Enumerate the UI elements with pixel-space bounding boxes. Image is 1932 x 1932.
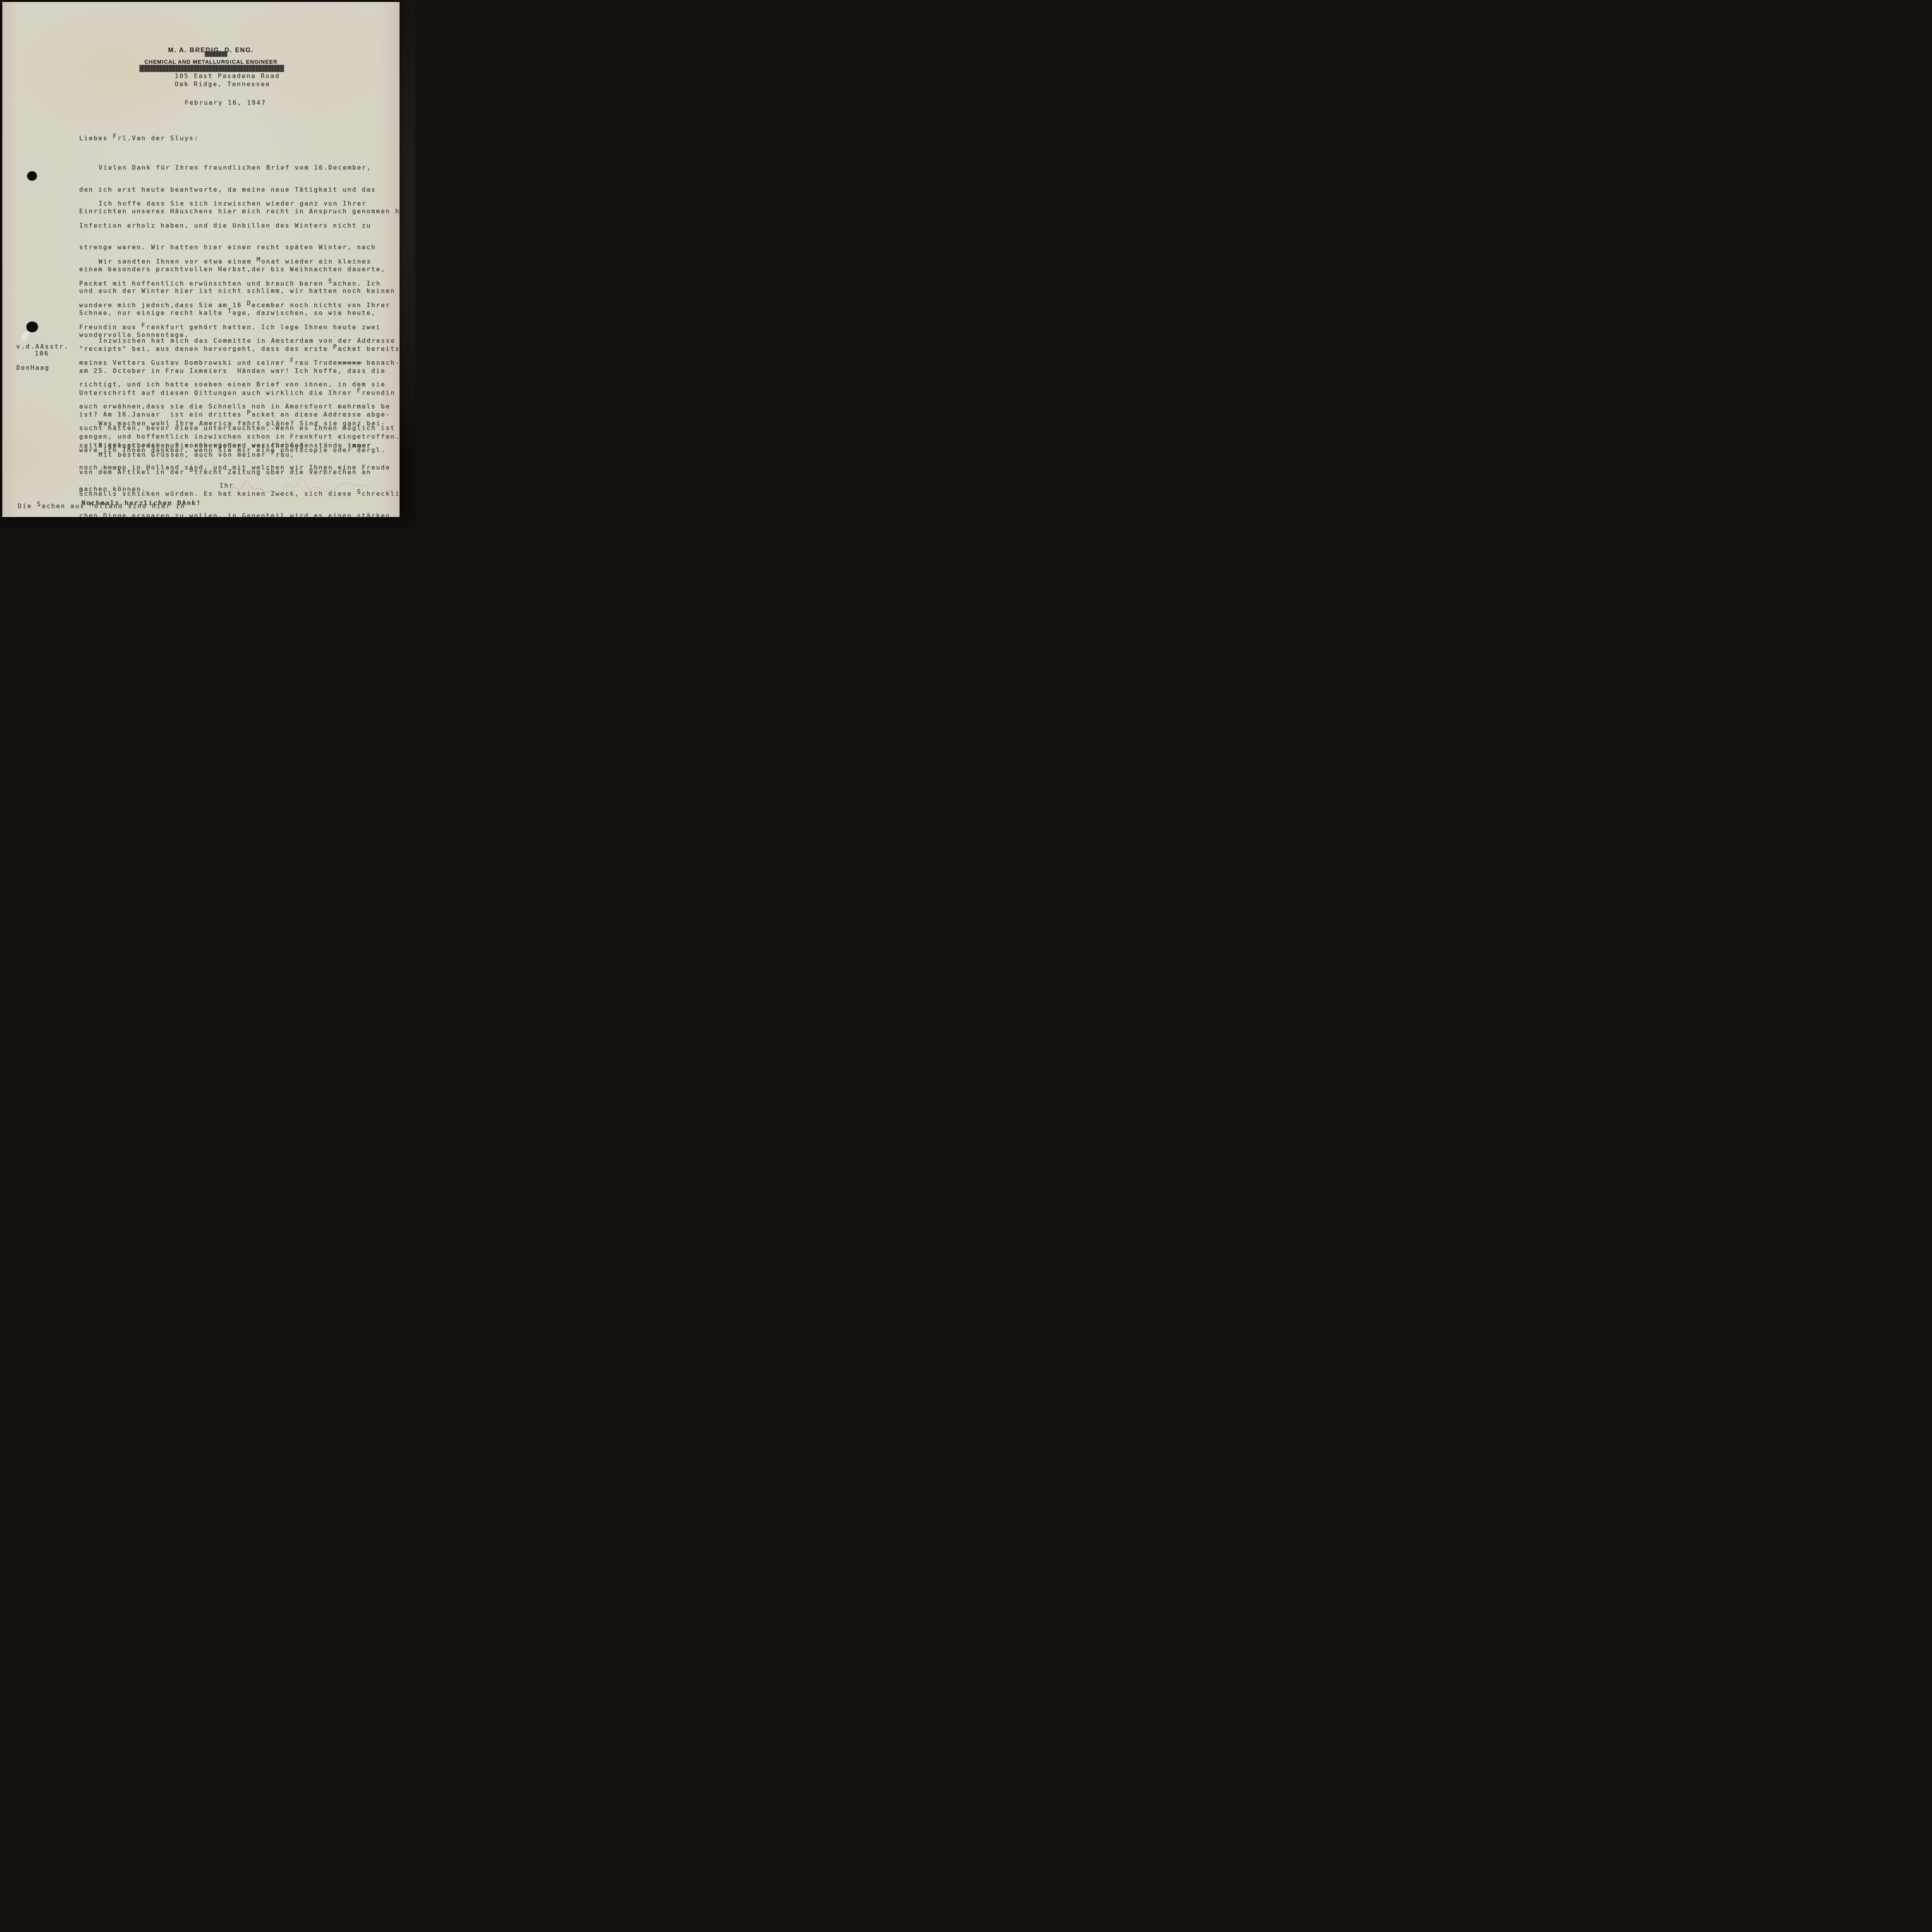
signature-handwriting (217, 465, 379, 509)
punch-hole (27, 171, 37, 181)
letter-line: Wir sandten Ihnen vor etwa einem Monat w… (79, 258, 400, 265)
margin-note-city: DenHaag (16, 364, 50, 371)
redaction-block (205, 51, 227, 57)
letter-line: wundere mich jedoch,dass Sie am 16 Decem… (79, 302, 400, 309)
letter-line: Infection erholz haben, und die Unbillen… (79, 222, 395, 230)
letter-line: meines Vetters Gustav Dombrowski und sei… (79, 359, 400, 367)
letter-line: Vielen Dank für Ihren freundlichen Brief… (79, 164, 400, 172)
letterhead-address-line2: Oak Ridge, Tennessee (175, 80, 270, 88)
paper-tear (20, 330, 30, 342)
letterhead-address-line1: 105 East Pasadena Road (175, 72, 280, 80)
valediction: Mit besten Grüssen, auch von meiner Frau… (99, 451, 295, 458)
redaction-bar (139, 65, 284, 72)
postscript-overtyped-thanks: Nochmals herzlichen DAnk! (82, 499, 201, 507)
letterhead-title: CHEMICAL AND METALLURGICAL ENGINEER (114, 59, 308, 65)
margin-note-street: v.d.AAsstr. (16, 343, 69, 350)
letter-line: Ich hoffe dass Sie sich inzwischen wiede… (79, 200, 395, 207)
letter-paper: M. A. BREDIG, D. ENG. CHEMICAL AND METAL… (2, 2, 400, 517)
punch-hole (26, 321, 38, 332)
letter-line: Inzwischen hat mich das Committe in Amst… (79, 337, 400, 345)
letter-line: Bitte schreiben Sie uns wieder was für G… (79, 442, 391, 449)
letter-line: Was machen wohl Ihre America fahrt pläne… (79, 420, 386, 427)
scanned-letter-page: M. A. BREDIG, D. ENG. CHEMICAL AND METAL… (0, 0, 415, 529)
letter-date: February 16, 1947 (185, 99, 266, 106)
salutation: Liebes Frl.Van der Sluys: (79, 134, 199, 142)
margin-note-number: 106 (35, 350, 49, 357)
letter-line: Packet mit hoffentlich erwünschten und b… (79, 280, 400, 287)
letter-line: richtigt, und ich hatte soeben einen Bri… (79, 381, 400, 388)
